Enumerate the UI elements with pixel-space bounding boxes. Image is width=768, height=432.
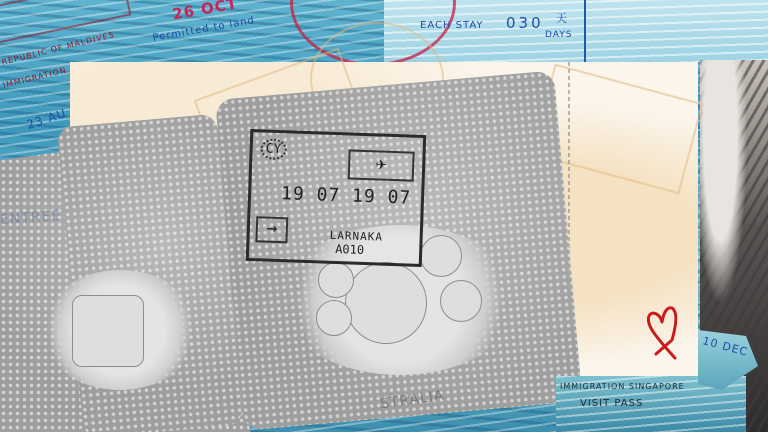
- cyprus-eu-badge: CY: [260, 138, 286, 160]
- stamp-code: A010: [335, 242, 364, 257]
- heart-icon: [642, 300, 682, 360]
- rosette-left-center: [72, 295, 144, 367]
- stamp-stay-days: 030: [506, 14, 544, 32]
- stamp-date: 19 07 19 07: [281, 183, 412, 209]
- rosette-petal: [420, 235, 462, 277]
- stamp-stay-label: EACH STAY: [420, 20, 484, 31]
- larnaka-entry-stamp: CY ✈ 19 07 19 07 → LARNAKA A010: [246, 129, 426, 267]
- stamp-days-label: DAYS: [545, 30, 572, 40]
- stamp-visit-pass: VISIT PASS: [580, 398, 643, 409]
- rosette-petal: [316, 300, 352, 336]
- stamp-singapore: IMMIGRATION SINGAPORE: [560, 382, 685, 391]
- stamp-chinese-char: 天: [556, 10, 568, 26]
- arrow-right-icon: →: [255, 216, 288, 243]
- rosette-right-center: [345, 262, 427, 344]
- blue-divider-line: [584, 0, 586, 62]
- airplane-icon: ✈: [348, 149, 415, 181]
- rosette-petal: [440, 280, 482, 322]
- rosette-petal: [318, 262, 354, 298]
